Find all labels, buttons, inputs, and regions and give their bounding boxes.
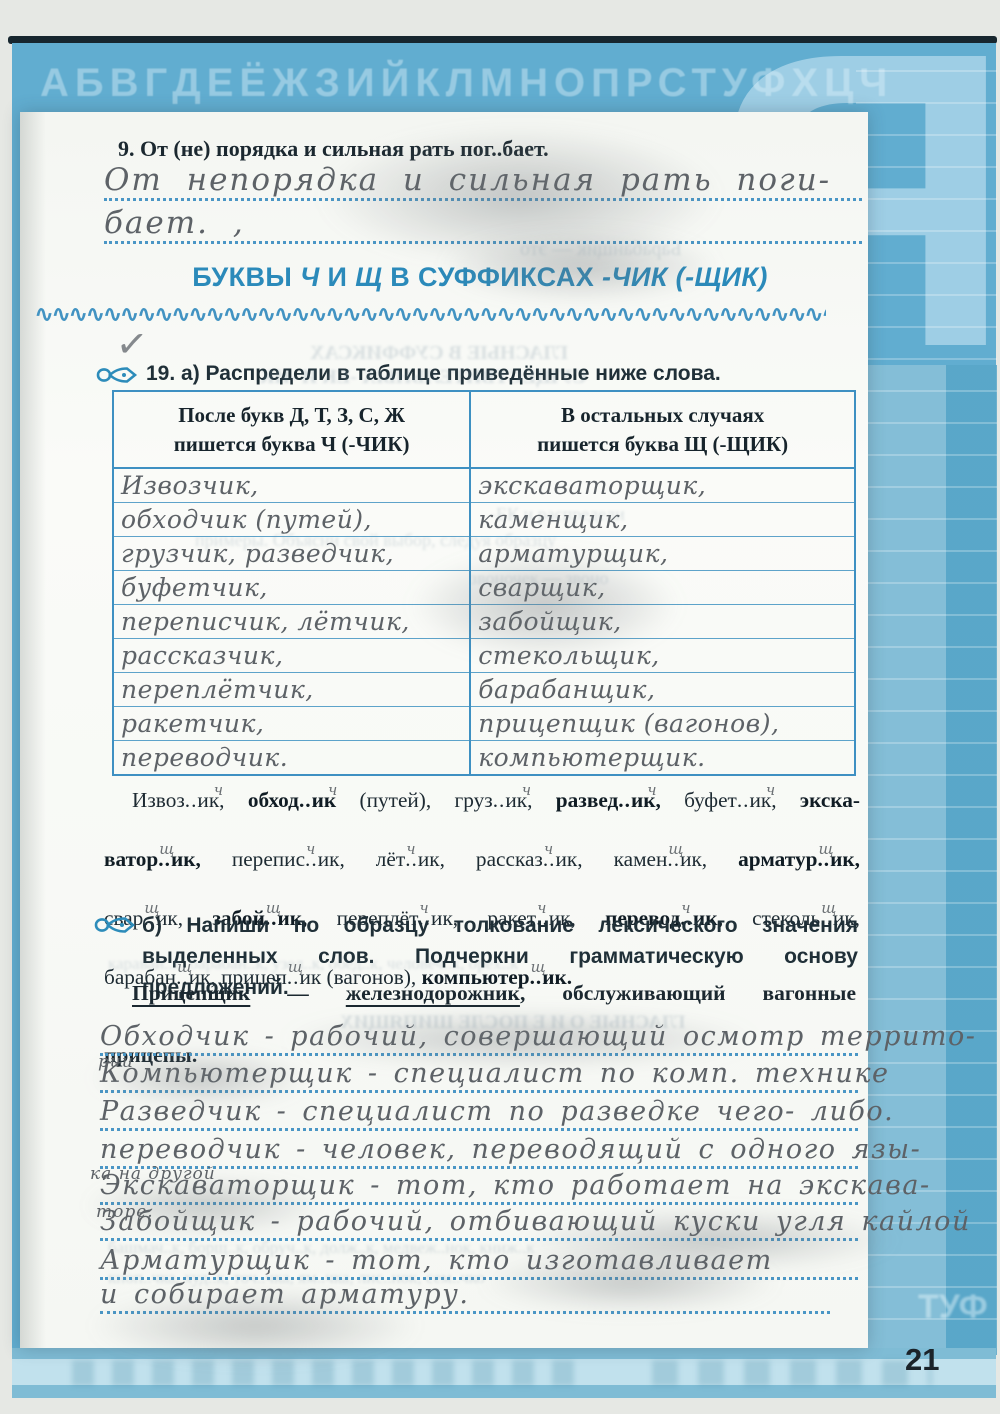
word-list-line: ватор..ик, перепис..ик, лёт..ик, рассказ… [104, 845, 860, 904]
text-segment: ик, рассказ [418, 847, 543, 871]
worksheet-page: 9. От (не) порядка и сильная рать пог..б… [20, 112, 868, 1348]
text-segment: ик, [171, 847, 201, 871]
text-segment: , обслуживающий вагонные [520, 981, 856, 1005]
scan-smudge [410, 550, 680, 660]
word-list-line: Извоз..ик, обход..ик (путей), груз..ик, … [104, 786, 860, 845]
bleed-through-text: башмач..к, борщ..к, обруч..к, долж..к, м… [108, 1238, 535, 1258]
text-segment: железнодорожник [346, 981, 520, 1005]
table-header-schik: В остальных случаяхпишется буква Щ (-ЩИК… [471, 392, 854, 467]
text-segment: ик, камен [556, 847, 668, 871]
text-segment: Извоз [132, 788, 185, 812]
handwritten-word: ракетчик, [121, 709, 264, 738]
handwritten-word: переписчик, лётчик, [121, 607, 410, 636]
text-segment: .. [299, 788, 312, 812]
table-row: Извозчик, [114, 469, 469, 503]
handwritten-word: прицепщик (вагонов), [478, 709, 779, 738]
text-segment: .. [618, 788, 631, 812]
bleed-through-text: кноп..чка, худ..к, точ..чка, ям..чка, ли… [108, 1268, 485, 1288]
text-segment: .. [305, 847, 318, 871]
text-segment: перепис [201, 847, 305, 871]
bleed-through-text: ГЛАСНЫЕ О И Е ПОСЛЕ ШИПЯЩИХ [340, 1012, 685, 1034]
text-segment: ик, лёт [318, 847, 405, 871]
bleed-through-text: СУЩЕСТВИТЕЛЬНЫХ -ЕК И -ИК [260, 366, 587, 389]
text-segment: ватор [104, 847, 158, 871]
bleed-through-text: примеры. Объясни свой выбор, следуя обра… [195, 530, 556, 551]
text-segment: ик, [830, 847, 860, 871]
text-segment: .. [158, 847, 171, 871]
scan-smudge [85, 1178, 325, 1233]
table-header-line: В остальных случаях [561, 401, 764, 430]
text-segment: .. [543, 847, 556, 871]
text-segment: (путей), [336, 788, 454, 812]
handwritten-definition: переводчик - человек, переводящий с одно… [100, 1132, 921, 1168]
table-header-line: После букв Д, Т, З, С, Ж [178, 401, 405, 430]
table-row: экскаваторщик, [471, 469, 854, 503]
text-segment: развед [556, 788, 619, 812]
table-header-row: После букв Д, Т, З, С, Жпишется буква Ч … [114, 392, 854, 469]
table-row: рассказчик, [114, 639, 469, 673]
text-segment: .. [493, 788, 506, 812]
text-segment: ик, [680, 847, 738, 871]
table-row: ракетчик, [114, 707, 469, 741]
handwritten-answer: бает. , [104, 205, 245, 241]
table-row: компьютерщик. [471, 741, 854, 774]
handwritten-word: буфетчик, [121, 573, 268, 602]
handwritten-word: барабанщик, [478, 675, 655, 704]
text-segment: арматур [738, 847, 817, 871]
bleed-through-text: -ЕК и распредели [490, 504, 625, 525]
cover-ghost-letters: ТУФ [918, 1288, 988, 1327]
text-segment: И [320, 262, 356, 292]
text-segment: экска- [800, 788, 860, 812]
bleed-through-text: звоночек — звоно [470, 568, 609, 589]
handwritten-word: Извозчик, [121, 471, 259, 500]
text-segment: БУКВЫ [192, 262, 300, 292]
pencil-checkmark: ✓ [114, 320, 150, 367]
decorative-wave-border: ∿∿∿∿∿∿∿∿∿∿∿∿∿∿∿∿∿∿∿∿∿∿∿∿∿∿∿∿∿∿∿∿∿∿∿∿∿∿∿∿… [34, 300, 826, 326]
table-header-line: пишется буква Ч (-ЧИК) [174, 430, 410, 459]
text-segment: Прицепщик [132, 981, 250, 1005]
scanned-workbook-page: АБВГДЕЁЖЗИЙКЛМНОПРСТУФХЦЧ Я ТУФ 21 9. От… [0, 0, 1000, 1414]
text-segment: .. [667, 847, 680, 871]
scan-smudge [90, 1050, 310, 1106]
bleed-through-marks [72, 1360, 592, 1386]
scan-smudge [480, 1252, 780, 1312]
handwritten-word: переводчик. [121, 743, 288, 772]
text-segment: — [250, 981, 345, 1005]
table-header-chik: После букв Д, Т, З, С, Жпишется буква Ч … [114, 392, 471, 467]
text-segment: .. [405, 847, 418, 871]
handwritten-word: рассказчик, [121, 641, 283, 670]
text-segment: .. [185, 788, 198, 812]
page-number: 21 [905, 1342, 939, 1378]
scan-smudge [90, 1290, 420, 1362]
table-row: прицепщик (вагонов), [471, 707, 854, 741]
bleed-through-text: ГЛАСНЫЕ В СУФФИКСАХ [310, 342, 568, 365]
table-header-line: пишется буква Щ (-ЩИК) [537, 430, 788, 459]
handwritten-word: экскаваторщик, [478, 471, 706, 500]
bleed-through-text: каравай..к, барабан..к, узел..к, обед..к… [108, 954, 518, 974]
text-segment: груз [455, 788, 493, 812]
pen-task-icon [94, 364, 138, 386]
handwritten-word: переплётчик, [121, 675, 314, 704]
bleed-through-text: Барабанщик — это [520, 238, 682, 261]
text-segment: буфет [661, 788, 737, 812]
bleed-through-marks [652, 1360, 932, 1386]
table-row: переплётчик, [114, 673, 469, 707]
text-segment: .. [817, 847, 830, 871]
text-segment: Ч [300, 262, 320, 292]
text-segment: Щ [355, 262, 382, 292]
handwritten-word: компьютерщик. [478, 743, 705, 772]
text-segment: обход [248, 788, 299, 812]
table-row: переводчик. [114, 741, 469, 774]
table-row: барабанщик, [471, 673, 854, 707]
pen-task-icon [92, 914, 136, 936]
text-segment: .. [737, 788, 750, 812]
